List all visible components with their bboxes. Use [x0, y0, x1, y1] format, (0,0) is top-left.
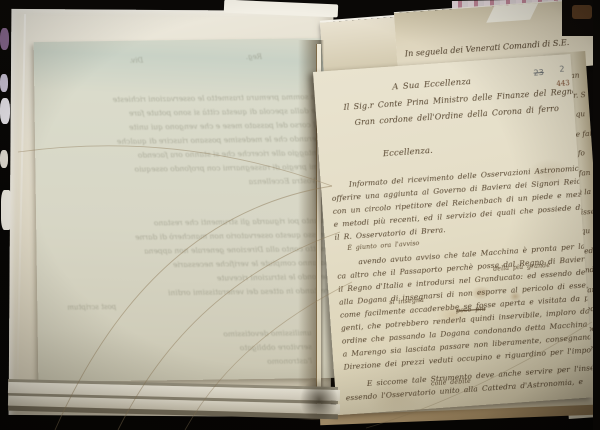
background-edge [593, 0, 600, 430]
photograph-manuscript-folder: Div. Reg. con somma premura trasmetto le… [0, 0, 600, 430]
leather-fragment [572, 5, 592, 19]
ink-offset-arcs [0, 0, 600, 430]
